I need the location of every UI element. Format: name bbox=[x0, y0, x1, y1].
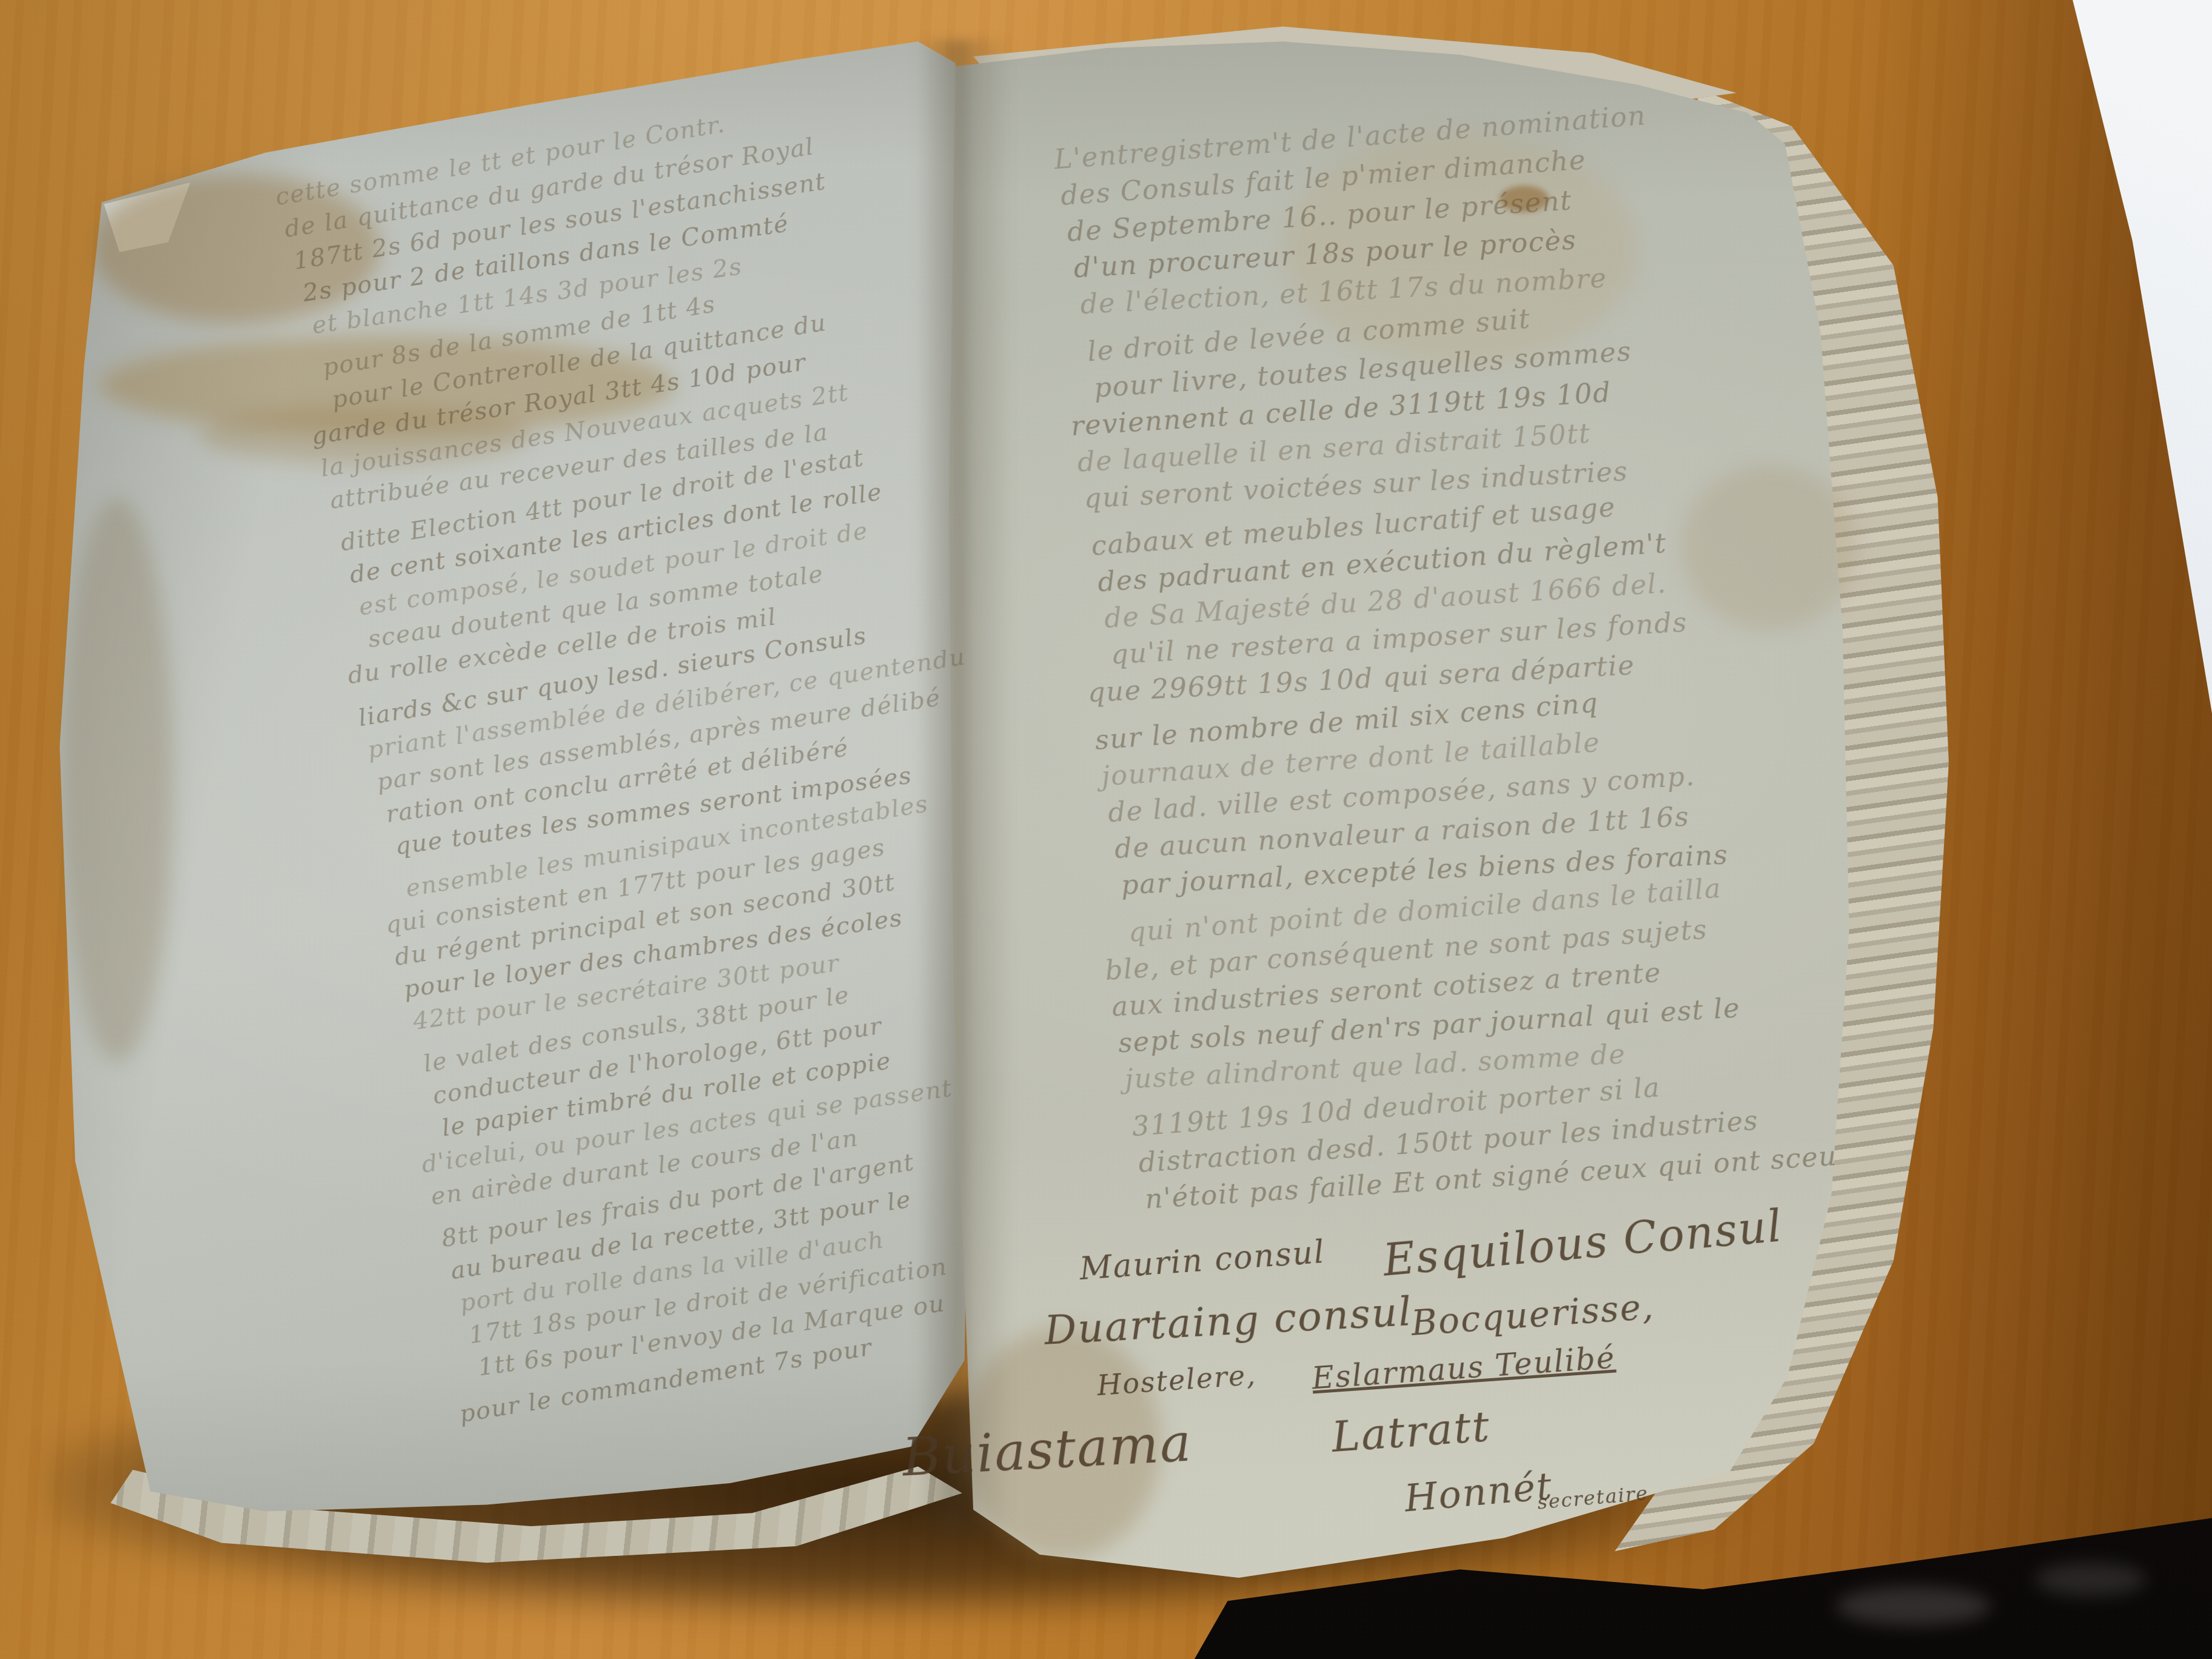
dark-object-fold bbox=[1836, 1586, 1991, 1626]
page-right-text: L'entregistrem't de l'acte de nomination… bbox=[1053, 89, 1871, 1220]
water-stain bbox=[62, 498, 172, 1062]
photo-of-manuscript: AGE pour : cette somme le tt et pour le … bbox=[0, 0, 2212, 1659]
dark-object-fold bbox=[2035, 1563, 2145, 1596]
